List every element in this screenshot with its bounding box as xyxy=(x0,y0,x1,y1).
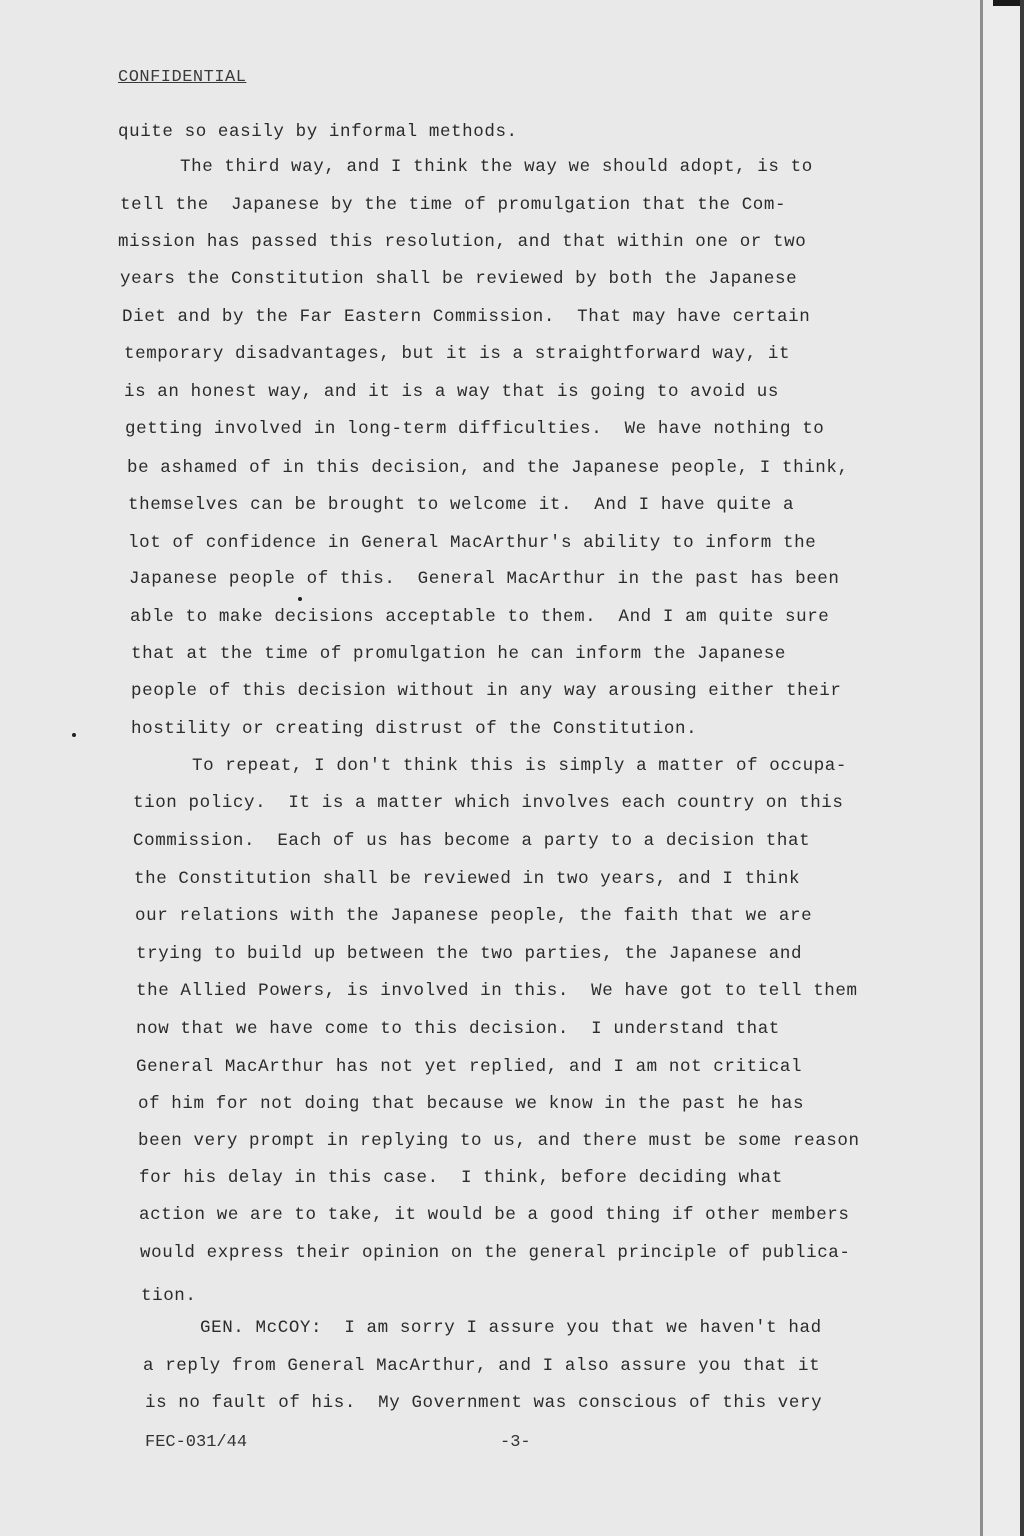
document-number: FEC-031/44 xyxy=(145,1433,247,1452)
text-line: trying to build up between the two parti… xyxy=(136,944,802,964)
text-line: lot of confidence in General MacArthur's… xyxy=(128,533,816,553)
text-line: action we are to take, it would be a goo… xyxy=(139,1205,850,1225)
text-line: of him for not doing that because we kno… xyxy=(138,1094,804,1114)
text-line: quite so easily by informal methods. xyxy=(118,122,518,142)
document-page: CONFIDENTIAL quite so easily by informal… xyxy=(0,0,980,1536)
text-line: for his delay in this case. I think, bef… xyxy=(139,1168,783,1188)
ink-speck xyxy=(72,733,76,737)
scan-border xyxy=(1020,0,1024,1536)
text-line: tell the Japanese by the time of promulg… xyxy=(120,195,786,215)
text-line: themselves can be brought to welcome it.… xyxy=(128,495,794,515)
text-line: now that we have come to this decision. … xyxy=(136,1019,780,1039)
text-line: Diet and by the Far Eastern Commission. … xyxy=(122,307,810,327)
confidential-header: CONFIDENTIAL xyxy=(118,68,246,87)
text-line: Commission. Each of us has become a part… xyxy=(133,831,810,851)
text-line: tion policy. It is a matter which involv… xyxy=(133,793,844,813)
text-line: hostility or creating distrust of the Co… xyxy=(131,719,697,739)
text-line: The third way, and I think the way we sh… xyxy=(180,157,813,177)
speaker-line: GEN. McCOY: I am sorry I assure you that… xyxy=(200,1318,822,1338)
text-line: mission has passed this resolution, and … xyxy=(118,232,806,252)
text-line: been very prompt in replying to us, and … xyxy=(138,1131,860,1151)
page-number: -3- xyxy=(500,1433,531,1452)
text-line: tion. xyxy=(141,1286,197,1306)
text-line: temporary disadvantages, but it is a str… xyxy=(124,344,790,364)
text-line: years the Constitution shall be reviewed… xyxy=(120,269,797,289)
text-line: people of this decision without in any w… xyxy=(131,681,842,701)
text-line: a reply from General MacArthur, and I al… xyxy=(143,1356,820,1376)
text-line: our relations with the Japanese people, … xyxy=(135,906,812,926)
text-line: the Allied Powers, is involved in this. … xyxy=(136,981,858,1001)
text-line: To repeat, I don't think this is simply … xyxy=(192,756,847,776)
text-line: Japanese people of this. General MacArth… xyxy=(129,569,840,589)
text-line: that at the time of promulgation he can … xyxy=(131,644,786,664)
text-line: be ashamed of in this decision, and the … xyxy=(127,458,849,478)
text-line: getting involved in long-term difficulti… xyxy=(125,419,824,439)
text-line: General MacArthur has not yet replied, a… xyxy=(136,1057,802,1077)
text-line: would express their opinion on the gener… xyxy=(140,1243,851,1263)
text-line: is no fault of his. My Government was co… xyxy=(145,1393,822,1413)
ink-speck xyxy=(298,597,302,601)
text-line: is an honest way, and it is a way that i… xyxy=(124,382,779,402)
text-line: able to make decisions acceptable to the… xyxy=(130,607,829,627)
text-line: the Constitution shall be reviewed in tw… xyxy=(134,869,800,889)
underlying-page xyxy=(983,0,1024,1536)
